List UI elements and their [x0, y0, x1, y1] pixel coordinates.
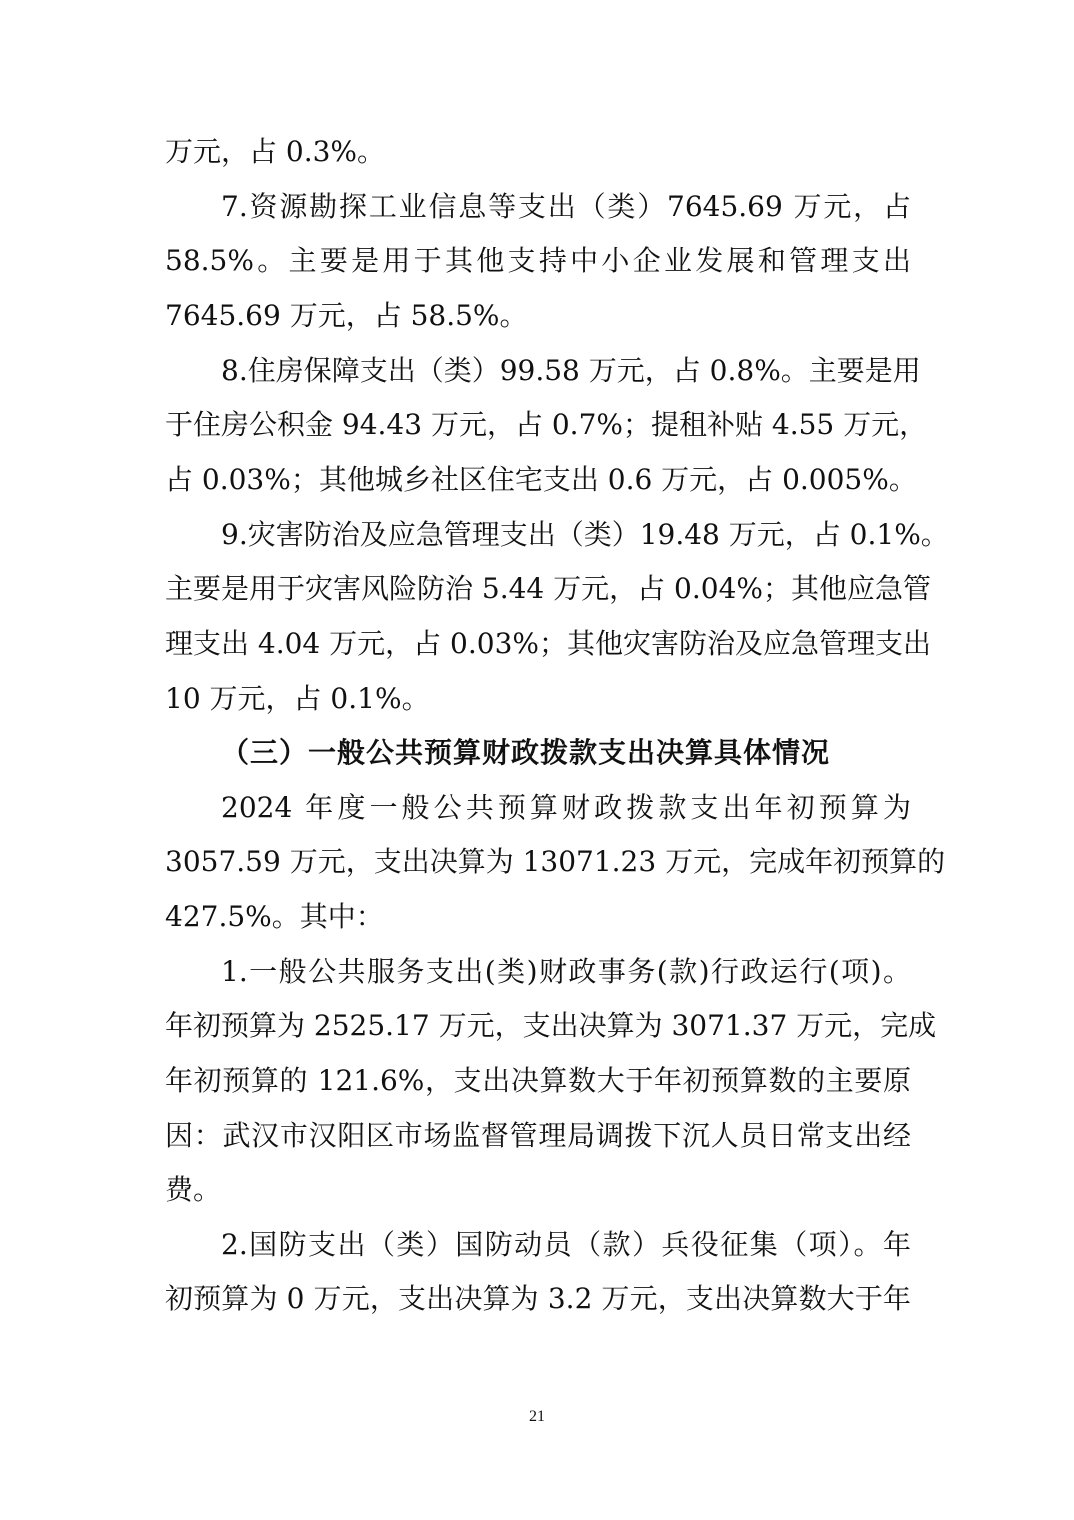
paragraph-line: 年初预算为 2525.17 万元，支出决算为 3071.37 万元，完成 — [165, 1008, 911, 1044]
paragraph-line: 9.灾害防治及应急管理支出（类）19.48 万元，占 0.1%。 — [221, 517, 911, 553]
page-number: 21 — [0, 1408, 1074, 1426]
paragraph-line: 占 0.03%；其他城乡社区住宅支出 0.6 万元，占 0.005%。 — [165, 462, 911, 498]
paragraph-line: 年初预算的 121.6%，支出决算数大于年初预算数的主要原 — [165, 1063, 911, 1099]
section-heading: （三）一般公共预算财政拨款支出决算具体情况 — [221, 735, 830, 771]
paragraph-line: 万元，占 0.3%。 — [165, 134, 911, 170]
paragraph-line: 7.资源勘探工业信息等支出（类）7645.69 万元，占 — [221, 189, 911, 225]
paragraph-line: 10 万元，占 0.1%。 — [165, 681, 911, 717]
paragraph-line: 7645.69 万元，占 58.5%。 — [165, 298, 911, 334]
paragraph-line: 费。 — [165, 1172, 911, 1208]
paragraph-line: 427.5%。其中： — [165, 899, 911, 935]
paragraph-line: 1.一般公共服务支出(类)财政事务(款)行政运行(项)。 — [221, 954, 911, 990]
paragraph-line: 主要是用于灾害风险防治 5.44 万元，占 0.04%；其他应急管 — [165, 571, 911, 607]
paragraph-line: 理支出 4.04 万元，占 0.03%；其他灾害防治及应急管理支出 — [165, 626, 911, 662]
paragraph-line: 于住房公积金 94.43 万元，占 0.7%；提租补贴 4.55 万元， — [165, 407, 911, 443]
paragraph-line: 8.住房保障支出（类）99.58 万元，占 0.8%。主要是用 — [221, 353, 911, 389]
paragraph-line: 58.5%。主要是用于其他支持中小企业发展和管理支出 — [165, 243, 911, 279]
paragraph-line: 初预算为 0 万元，支出决算为 3.2 万元，支出决算数大于年 — [165, 1281, 911, 1317]
paragraph-line: 因：武汉市汉阳区市场监督管理局调拨下沉人员日常支出经 — [165, 1118, 911, 1154]
paragraph-line: 2.国防支出（类）国防动员（款）兵役征集（项）。年 — [221, 1227, 911, 1263]
paragraph-line: 3057.59 万元，支出决算为 13071.23 万元，完成年初预算的 — [165, 844, 911, 880]
document-page: 万元，占 0.3%。 7.资源勘探工业信息等支出（类）7645.69 万元，占 … — [0, 0, 1074, 1520]
paragraph-line: 2024 年度一般公共预算财政拨款支出年初预算为 — [221, 790, 911, 826]
